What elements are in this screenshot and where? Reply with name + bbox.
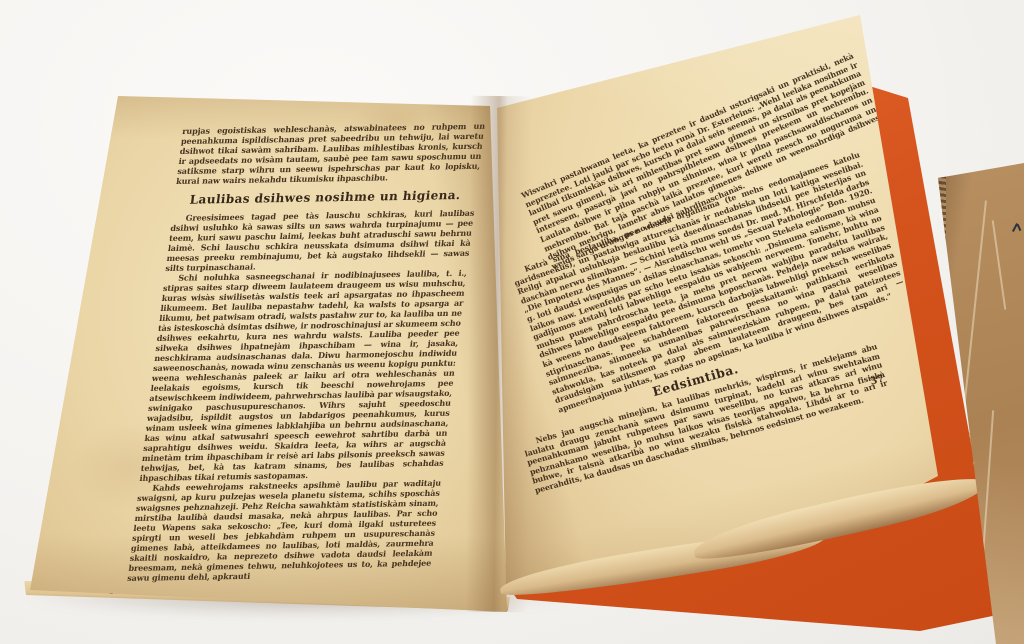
paragraph: Schi noluhka sasneegschanai ir nodibinaj…	[139, 268, 468, 483]
cover-crease	[992, 220, 1006, 309]
paragraph: Greesisimees tagad pee tàs lauschu schki…	[165, 208, 475, 273]
cover-crease	[963, 200, 987, 409]
left-page-text: rupjas egoistiskas wehleschanàs, atswabi…	[124, 121, 485, 603]
continued-paragraph: rupjas egoistiskas wehleschanàs, atswabi…	[176, 121, 486, 186]
book-gutter-shadow	[465, 96, 532, 613]
left-page: rupjas egoistiskas wehleschanàs, atswabi…	[20, 92, 512, 618]
ink-mark-icon	[1012, 222, 1022, 234]
section-heading: Laulibas dsihwes nosihme un higiena.	[173, 188, 477, 207]
paragraph: Kahds eewehrojams rakstneeks apsihmè lau…	[127, 478, 442, 583]
photo-open-book-scene: rupjas egoistiskas wehleschanàs, atswabi…	[0, 0, 1024, 644]
